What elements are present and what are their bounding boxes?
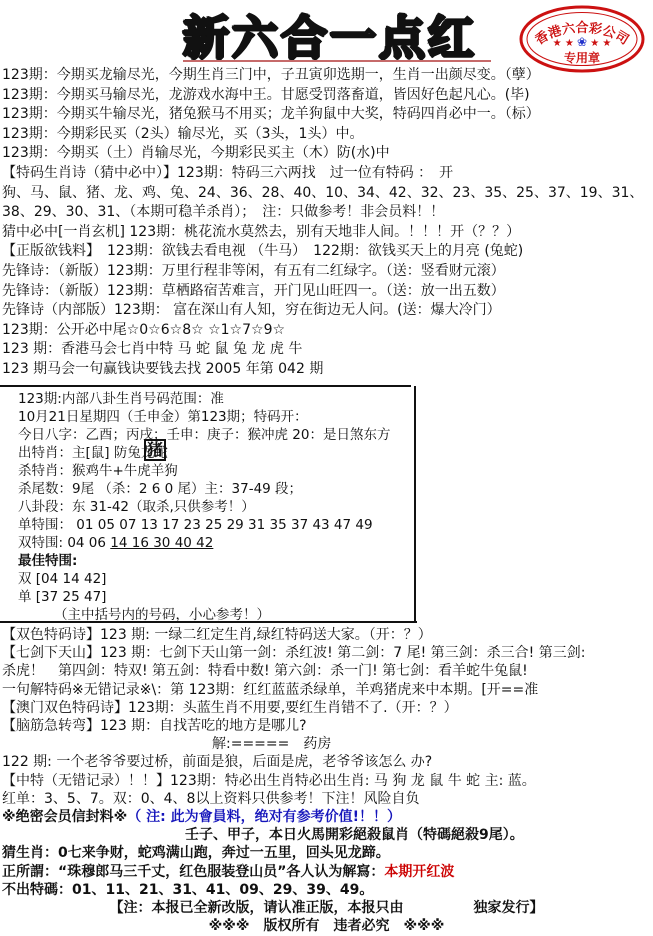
even-special-range-line: 双特围: 04 06 14 16 30 40 42 (18, 534, 648, 552)
zodiac-number-row: 狗、马、鼠、猪、龙、鸡、兔、24、36、28、40、10、34、42、32、23… (2, 184, 651, 204)
riddle-answer-line: 解:===== 药房 (2, 735, 651, 753)
underlined-numbers: 14 16 30 40 42 (110, 535, 213, 551)
macau-poem-line: 【澳门双色特码诗】123期：头蓝生肖不用要,要红生肖错不了.（开：？） (2, 699, 651, 717)
title-underline (183, 60, 491, 62)
svg-text:★ ★ ❀ ★ ★: ★ ★ ❀ ★ ★ (553, 35, 612, 49)
stamp-flower-icon: ❀ (577, 35, 587, 49)
edition-note-line: 【注：本报已全新改版，请认准正版，本报只由 独家发行】 (2, 899, 651, 917)
top-text-section: 123期：今期买龙输尽光，今期生肖三门中，子丑寅卯选期一，生肖一出颜尽变。（孽）… (2, 66, 651, 380)
tip-sheet-page: 新六合一点红 香港六合彩公司 ★ ★ ❀ ★ ★ 专用章 123期：今期买龙输尽… (0, 0, 653, 936)
seven-swords-line: 杀虎！ 第四剑：特双! 第五剑：特看中数! 第六剑：杀一门! 第七剑：看羊蛇牛兔… (2, 662, 651, 680)
guess-zodiac-line: 猜生肖：0七来争财，蛇鸡满山跑，奔过一五里，回头见龙蹄。 (2, 844, 651, 862)
two-color-poem-line: 【双色特码诗】123 期: 一绿二红定生肖,绿红特码送大家。（开：？） (2, 626, 651, 644)
tip-line: 123期：今期买马输尽光，龙游戏水海中王。甘愿受罚落畜道，皆因好色起凡心。(毕) (2, 86, 651, 106)
odd-special-range-line: 单特围： 01 05 07 13 17 23 25 29 31 35 37 43… (18, 516, 648, 534)
tip-line: 123期：今期买（土）肖输尽光，今期彩民买主（木）防(水)中 (2, 144, 651, 164)
tip-line: 123期：今期买龙输尽光，今期生肖三门中，子丑寅卯选期一，生肖一出颜尽变。（孽） (2, 66, 651, 86)
ganzhi-kill-line: 壬子、甲子，本日火馬開彩絕殺鼠肖（特碼絕殺9尾）。 (2, 826, 651, 844)
bagua-box-section: 123期:内部八卦生肖号码范围：准 10月21日星期四（壬申金）第123期；特码… (18, 390, 648, 624)
pioneer-poem-line: 先锋诗（内部版）123期： 富在深山有人知，穷在街边无人问。(送：爆大冷门） (2, 301, 651, 321)
tip-line: 123期：今期彩民买（2头）输尽光，买（3头，1头）中。 (2, 125, 651, 145)
seven-zodiac-line: 123 期：香港马会七肖中特 马 蛇 鼠 兔 龙 虎 牛 (2, 340, 651, 360)
lucky-tails-line: 123期：公开必中尾☆0☆6☆8☆ ☆1☆7☆9☆ (2, 321, 651, 341)
stamp-stars-left: ★ ★ (553, 38, 574, 49)
bagua-segment-line: 八卦段：东 31-42（取杀,只供参考！） (18, 498, 648, 516)
pioneer-poem-line: 先锋诗：（新版）123期：草栖路宿苦难言，开门见山旺四一。（送：放一出五数） (2, 282, 651, 302)
riddle-122-line: 122 期: 一个老爷爷要过桥，前面是狼，后面是虎，老爷爷该怎么 办? (2, 753, 651, 771)
best-range-label: 最佳特围: (18, 552, 648, 570)
stamp-seal-icon: 香港六合彩公司 ★ ★ ❀ ★ ★ 专用章 (517, 4, 647, 74)
red-wave-highlight: 本期开红波 (384, 864, 454, 880)
best-even-numbers: 双 [04 14 42] (18, 570, 648, 588)
tip-line: 【正版欲钱料】 123期：欲钱去看电视 （牛马） 122期：欲钱买天上的月亮 (… (2, 242, 651, 262)
page-title: 新六合一点红 (120, 2, 540, 68)
zodiac-number-row: 38、29、30、31、（本期可稳羊杀肖）； 注：只做参考！非会员料！！ (2, 203, 651, 223)
red-odd-line: 红单：3、5、7。双：0、4、8以上资料只供参考！下注！风险自负 (2, 790, 651, 808)
zhongte-line: 【中特（无错记录）！！】123期：特必出生肖特必出生肖: 马 狗 龙 鼠 牛 蛇… (2, 772, 651, 790)
box-top-border (0, 385, 411, 387)
special-zodiac-poem-header: 【特码生肖诗（猜中必中）】123期：特码三六两找 过一位有特码 ： 开 (2, 164, 651, 184)
seven-swords-line: 【七剑下天山】123 期：七剑下天山第一剑：杀红波! 第二剑：7 尾! 第三剑：… (2, 644, 651, 662)
pioneer-poem-line: 先锋诗：（新版）123期：万里行程非等闲，有五有二红绿字。（送：竖看财元滚） (2, 262, 651, 282)
excluded-numbers-line: 不出特碼：01、11、21、31、41、09、29、39、49。 (2, 881, 651, 899)
kill-tail-line: 杀尾数：9尾 （杀：2 6 0 尾）主：37-49 段； (18, 480, 648, 498)
best-odd-numbers: 单 [37 25 47] (18, 588, 648, 606)
stamp-bottom-text: 专用章 (564, 50, 600, 65)
tip-line: 123期：今期买牛输尽光，猪兔猴马不用买；龙羊狗鼠中大奖，特码四肖必中一。（标） (2, 105, 651, 125)
bottom-text-section: 【双色特码诗】123 期: 一绿二红定生肖,绿红特码送大家。（开：？） 【七剑下… (2, 626, 651, 935)
out-zodiac-line: 出特肖：主[鼠] 防兔龙蛇 猪 (18, 444, 648, 462)
riddle-line: 【脑筋急转弯】123 期：自找苦吃的地方是哪儿? (2, 717, 651, 735)
overlay-boxed-char: 猪 (144, 439, 166, 461)
draw-date-line: 10月21日星期四（壬申金）第123期；特码开： (18, 408, 648, 426)
copyright-line: ※※※ 版权所有 违者必究 ※※※ (2, 917, 651, 935)
one-phrase-line: 一句解特码※无错记录※\：第 123期：红红蓝蓝杀绿单，羊鸡猪虎来中本期。[开=… (2, 681, 651, 699)
bagua-range-line: 123期:内部八卦生肖号码范围：准 (18, 390, 648, 408)
bazi-line: 今日八字：乙酉；丙戌；壬申：庚子：猴冲虎 20：是日煞东方 (18, 426, 648, 444)
winning-phrase-line: 123 期马会一句赢钱诀要钱去找 2005 年第 042 期 (2, 360, 651, 380)
box-note-line: （主中括号内的号码，小心参考！） (18, 606, 648, 624)
tip-line: 猜中必中[一肖玄机] 123期：桃花流水莫然去，别有天地非人间。！！！开（？？） (2, 223, 651, 243)
saying-line: 正所謂：“珠穆郎马三千丈，红色服装登山员”各人认为解寫：本期开红波 (2, 863, 651, 881)
kill-zodiac-line: 杀特肖：猴鸡牛+牛虎羊狗 (18, 462, 648, 480)
stamp-stars-right: ★ ★ (590, 38, 611, 49)
secret-member-line: ※绝密会员信封料※（ 注: 此为會員料，绝对有参考价值!！！） (2, 808, 651, 826)
member-note-blue: （ 注: 此为會員料，绝对有参考价值!！！） (127, 809, 401, 825)
